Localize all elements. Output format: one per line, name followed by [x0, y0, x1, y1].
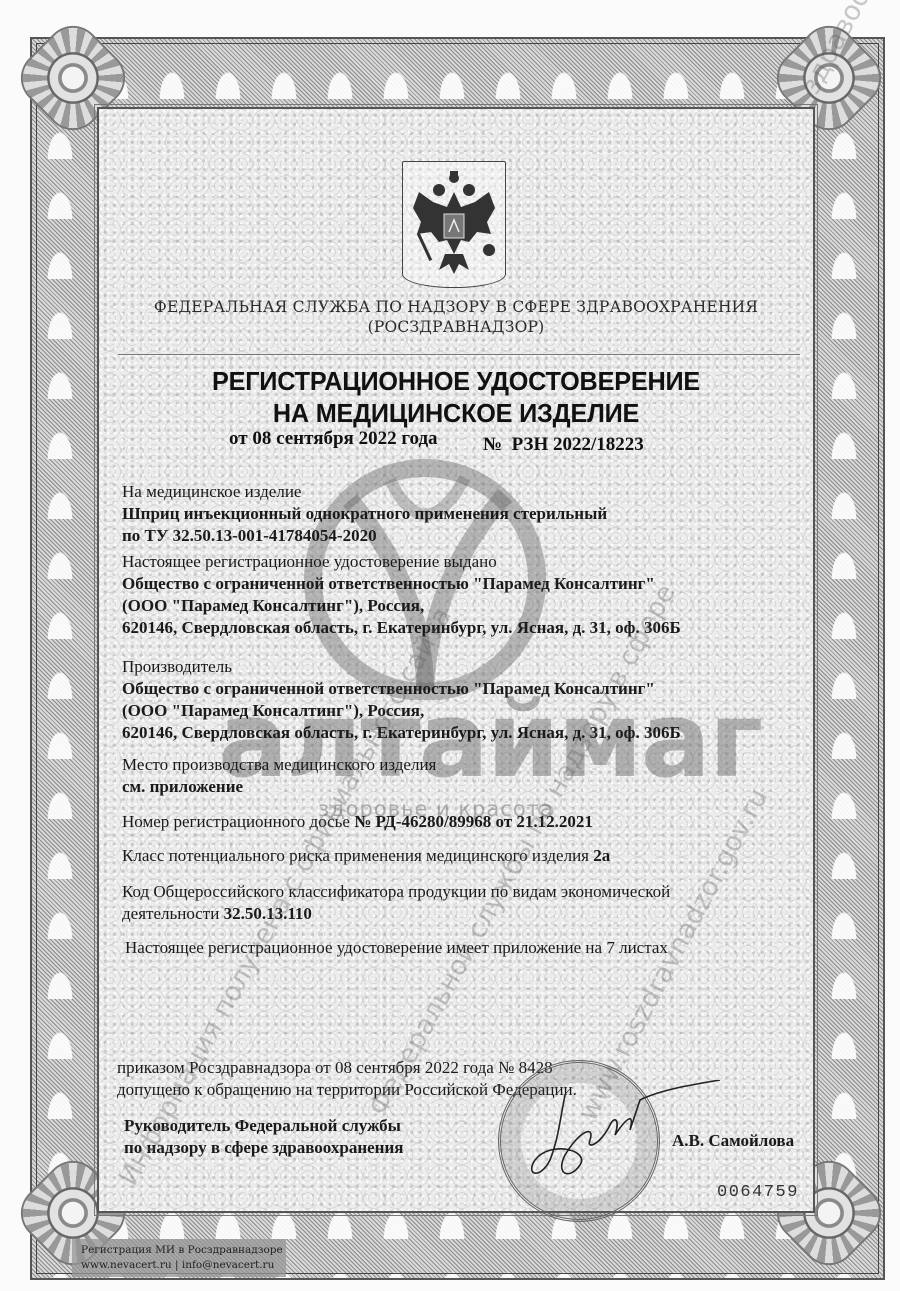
agency-name: ФЕДЕРАЛЬНАЯ СЛУЖБА ПО НАДЗОРУ В СФЕРЕ ЗД… — [100, 298, 812, 316]
okpd-value: 32.50.13.110 — [224, 904, 312, 923]
signatory-name: А.В. Самойлова — [672, 1131, 794, 1151]
dossier-section: Номер регистрационного досье № РД-46280/… — [122, 811, 593, 833]
document-title: РЕГИСТРАЦИОННОЕ УДОСТОВЕРЕНИЕ — [111, 366, 802, 397]
appendix-note: Настоящее регистрационное удостоверение … — [125, 937, 668, 959]
okpd-section: Код Общероссийского классификатора проду… — [122, 881, 670, 925]
order-line: приказом Росздравнадзора от 08 сентября … — [117, 1057, 577, 1079]
signatory-position: Руководитель Федеральной службы по надзо… — [124, 1115, 403, 1159]
manufacturer-address: 620146, Свердловская область, г. Екатери… — [122, 722, 681, 744]
device-name: Шприц инъекционный однократного применен… — [122, 503, 607, 525]
footer-badge-title: Регистрация МИ в Росздравнадзоре — [81, 1243, 286, 1258]
order-admission: допущено к обращению на территории Росси… — [117, 1079, 577, 1101]
manufacturer-section: Производитель Общество с ограниченной от… — [122, 656, 681, 744]
issued-label: Настоящее регистрационное удостоверение … — [122, 551, 681, 573]
production-place-value: см. приложение — [122, 776, 436, 798]
document-subtitle: НА МЕДИЦИНСКОЕ ИЗДЕЛИЕ — [111, 398, 802, 429]
risk-class-label: Класс потенциального риска применения ме… — [122, 846, 589, 865]
dossier-value: № РД-46280/89968 от 21.12.2021 — [354, 812, 593, 831]
certificate-number-value: РЗН 2022/18223 — [512, 434, 644, 455]
position-line2: по надзору в сфере здравоохранения — [124, 1137, 403, 1159]
order-section: приказом Росздравнадзора от 08 сентября … — [117, 1057, 577, 1101]
risk-class-value: 2а — [593, 846, 610, 865]
issued-org-short: (ООО "Парамед Консалтинг"), Россия, — [122, 595, 681, 617]
issue-date: от 08 сентября 2022 года — [229, 428, 438, 450]
header-divider — [118, 354, 800, 355]
dossier-label: Номер регистрационного досье — [122, 812, 350, 831]
production-place-label: Место производства медицинского изделия — [122, 754, 436, 776]
issued-to-section: Настоящее регистрационное удостоверение … — [122, 551, 681, 639]
serial-number: 0064759 — [717, 1183, 799, 1202]
issued-org-name: Общество с ограниченной ответственностью… — [122, 573, 681, 595]
production-place-section: Место производства медицинского изделия … — [122, 754, 436, 798]
okpd-label-cont: деятельности — [122, 904, 219, 923]
footer-badge: Регистрация МИ в Росздравнадзоре www.nev… — [72, 1239, 286, 1277]
russian-coat-of-arms-icon — [403, 162, 505, 287]
device-spec: по ТУ 32.50.13-001-41784054-2020 — [122, 525, 607, 547]
agency-abbreviation: (РОСЗДРАВНАДЗОР) — [100, 318, 812, 336]
risk-class-section: Класс потенциального риска применения ме… — [122, 845, 610, 867]
manufacturer-short: (ООО "Парамед Консалтинг"), Россия, — [122, 700, 681, 722]
device-section: На медицинское изделие Шприц инъекционны… — [122, 481, 607, 547]
certificate-number: № РЗН 2022/18223 — [483, 434, 644, 456]
emblem-frame — [402, 161, 506, 288]
position-line1: Руководитель Федеральной службы — [124, 1115, 403, 1137]
manufacturer-name: Общество с ограниченной ответственностью… — [122, 678, 681, 700]
device-label: На медицинское изделие — [122, 481, 607, 503]
manufacturer-label: Производитель — [122, 656, 681, 678]
footer-badge-contacts[interactable]: www.nevacert.ru | info@nevacert.ru — [81, 1258, 286, 1273]
number-sign: № — [483, 434, 502, 455]
okpd-label: Код Общероссийского классификатора проду… — [122, 881, 670, 903]
issued-org-address: 620146, Свердловская область, г. Екатери… — [122, 617, 681, 639]
